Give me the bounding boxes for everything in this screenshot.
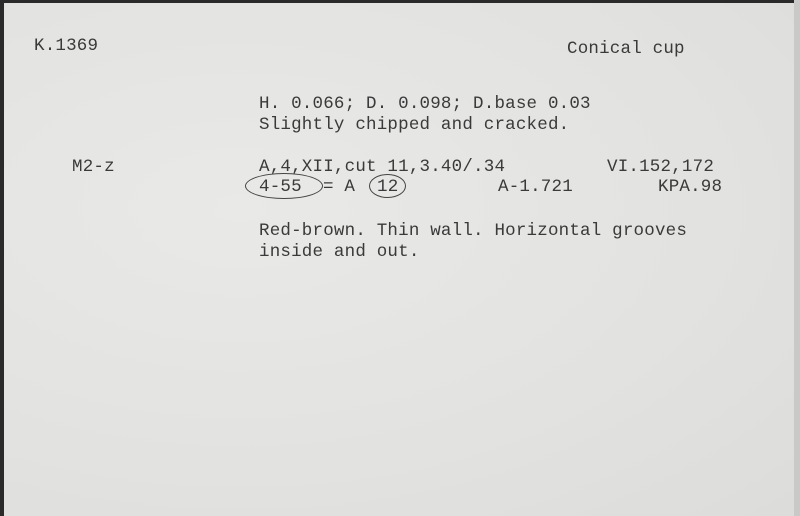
publication-ref: KPA.98 xyxy=(658,178,722,197)
condition: Slightly chipped and cracked. xyxy=(259,116,569,135)
location-code: M2-z xyxy=(72,158,115,177)
description-line-2: inside and out. xyxy=(259,243,420,262)
catalog-number: K.1369 xyxy=(34,37,98,56)
inventory-circle-mark xyxy=(245,173,323,199)
dimensions: H. 0.066; D. 0.098; D.base 0.03 xyxy=(259,95,591,114)
card-edge xyxy=(794,0,800,516)
catalog-card: K.1369 Conical cup H. 0.066; D. 0.098; D… xyxy=(4,3,794,516)
description-line-1: Red-brown. Thin wall. Horizontal grooves xyxy=(259,222,687,241)
alt-number: A-1.721 xyxy=(498,178,573,197)
object-name: Conical cup xyxy=(567,40,685,59)
notebook-ref: VI.152,172 xyxy=(607,158,714,177)
equals-text: = A xyxy=(323,178,355,197)
box-circle-mark xyxy=(369,174,406,198)
